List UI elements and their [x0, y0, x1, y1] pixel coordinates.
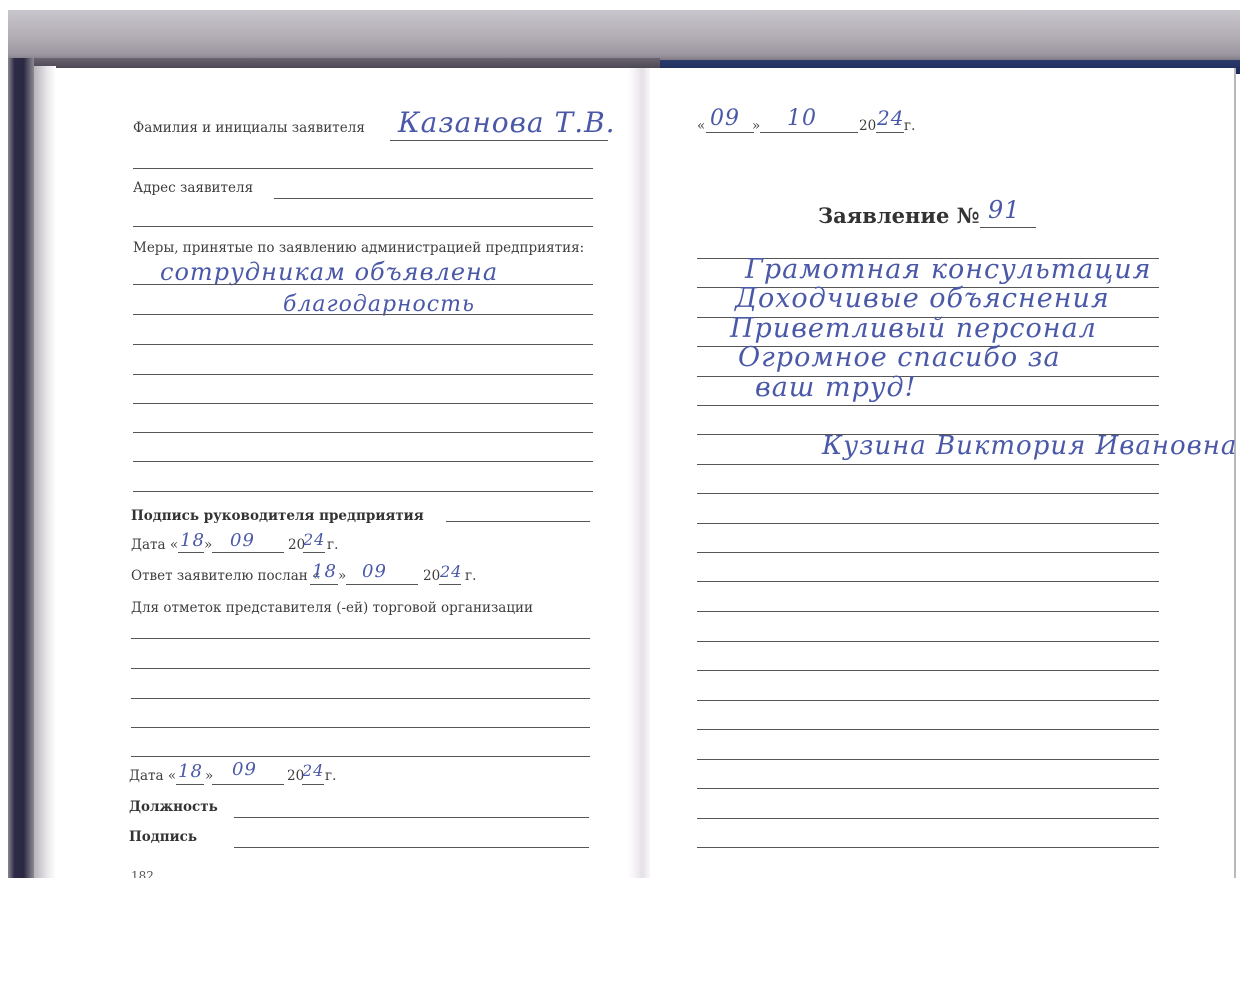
ruled-line: [697, 670, 1159, 671]
ruled-line: [131, 668, 590, 669]
ruled-line: [346, 584, 418, 585]
text-line-2: Доходчивые объяснения: [735, 283, 1110, 314]
reply-sent-label: Ответ заявителю послан «: [131, 568, 320, 584]
ruled-line: [697, 581, 1159, 582]
right-date-year: 24: [877, 106, 904, 130]
date1-year: 24: [303, 530, 325, 549]
scan-blank-area: [0, 878, 1250, 1000]
ruled-line: [980, 227, 1036, 228]
ruled-line: [302, 784, 324, 785]
measures-line-1: сотрудникам объявлена: [160, 258, 498, 286]
ruled-line: [133, 374, 593, 375]
ruled-line: [133, 226, 593, 227]
ruled-line: [131, 698, 590, 699]
ruled-line: [274, 198, 593, 199]
ruled-line: [303, 552, 325, 553]
ruled-line: [133, 432, 593, 433]
ruled-line: [234, 817, 589, 818]
ruled-line: [133, 284, 593, 285]
signature-label: Подпись: [129, 829, 197, 845]
ruled-line: [390, 140, 608, 141]
reply-sent-day: 18: [312, 561, 337, 582]
address-label: Адрес заявителя: [133, 180, 253, 196]
cover-edge-left-top: [8, 58, 660, 68]
reply-sent-quote: »: [338, 568, 346, 584]
ruled-line: [133, 344, 593, 345]
ruled-line: [697, 729, 1159, 730]
date2-day: 18: [178, 761, 203, 782]
ruled-line: [133, 168, 593, 169]
page-edges: [34, 66, 56, 878]
ruled-line: [439, 584, 461, 585]
right-date-year-prefix: 20: [859, 118, 876, 134]
ruled-line: [133, 314, 593, 315]
ruled-line: [697, 818, 1159, 819]
ruled-line: [697, 523, 1159, 524]
date2-month: 09: [232, 759, 257, 780]
text-line-4: Огромное спасибо за: [738, 342, 1061, 373]
ruled-line: [131, 727, 590, 728]
date2-quote: »: [205, 768, 213, 784]
right-date-open-quote: «: [697, 118, 705, 134]
ruled-line: [212, 784, 284, 785]
ruled-line: [697, 552, 1159, 553]
ruled-line: [706, 132, 754, 133]
date1-quote: »: [204, 537, 212, 553]
ruled-line: [131, 638, 590, 639]
right-date-day: 09: [710, 106, 740, 131]
ruled-line: [212, 552, 284, 553]
ruled-line: [133, 403, 593, 404]
date1-day: 18: [180, 530, 205, 551]
date2-year: 24: [302, 761, 324, 780]
applicant-name-value: Казанова Т.В.: [398, 106, 616, 139]
ruled-line: [176, 784, 204, 785]
text-line-1: Грамотная консультация: [745, 254, 1152, 285]
text-line-3: Приветливый персонал: [730, 313, 1097, 344]
ruled-line: [697, 641, 1159, 642]
ruled-line: [697, 847, 1159, 848]
ruled-line: [446, 521, 590, 522]
ruled-line: [760, 132, 858, 133]
position-label: Должность: [129, 799, 218, 815]
measures-label: Меры, принятые по заявлению администраци…: [133, 240, 584, 256]
reply-sent-year: 24: [440, 562, 462, 581]
date2-label: Дата «: [129, 768, 176, 784]
ruled-line: [697, 493, 1159, 494]
ruled-line: [697, 611, 1159, 612]
ruled-line: [697, 405, 1159, 406]
reply-sent-suffix: г.: [465, 568, 476, 584]
ruled-line: [876, 132, 904, 133]
reply-sent-month: 09: [362, 561, 387, 582]
statement-number: 91: [988, 196, 1021, 224]
ruled-line: [133, 461, 593, 462]
statement-title: Заявление №: [818, 203, 979, 228]
right-date-suffix: г.: [904, 118, 915, 134]
ruled-line: [697, 464, 1159, 465]
ruled-line: [131, 756, 590, 757]
org-notes-label: Для отметок представителя (-ей) торговой…: [131, 600, 533, 616]
date1-label: Дата «: [131, 537, 178, 553]
right-page: [650, 68, 1236, 878]
ruled-line: [234, 847, 589, 848]
ruled-line: [178, 552, 204, 553]
text-line-5: ваш труд!: [755, 372, 916, 403]
ruled-line: [310, 584, 338, 585]
cover-spine-left: [8, 58, 34, 878]
ruled-line: [697, 759, 1159, 760]
date1-month: 09: [230, 530, 255, 551]
right-date-month: 10: [787, 106, 817, 131]
applicant-name-label: Фамилия и инициалы заявителя: [133, 120, 365, 136]
date1-suffix: г.: [327, 537, 338, 553]
manager-signature-label: Подпись руководителя предприятия: [131, 508, 424, 524]
ruled-line: [697, 700, 1159, 701]
applicant-signature-name: Кузина Виктория Ивановна: [822, 431, 1237, 461]
date2-suffix: г.: [325, 768, 336, 784]
ruled-line: [697, 788, 1159, 789]
reply-sent-year-prefix: 20: [423, 568, 440, 584]
ruled-line: [133, 491, 593, 492]
